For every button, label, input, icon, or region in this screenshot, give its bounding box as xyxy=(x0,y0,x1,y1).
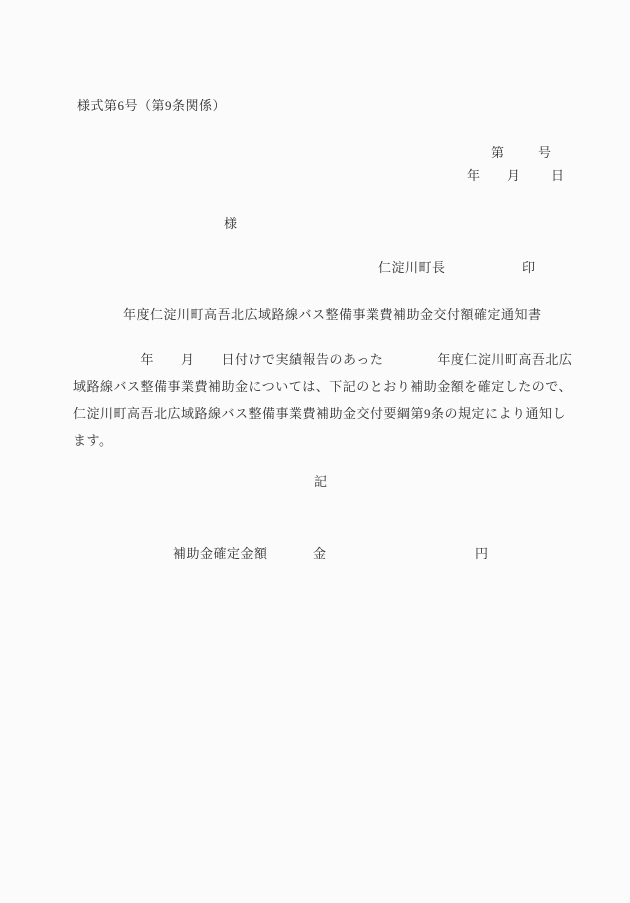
date-month-label: 月 xyxy=(507,169,521,183)
body-line: 年 月 日付けで実績報告のあった 年度仁淀川町高吾北広 xyxy=(73,353,572,367)
record-marker: 記 xyxy=(314,475,328,489)
body-line: 仁淀川町高吾北広域路線バス整備事業費補助金交付要綱第9条の規定により通知し xyxy=(73,407,566,421)
amount-label: 補助金確定金額 xyxy=(173,547,268,561)
addressee-honorific: 様 xyxy=(224,217,238,231)
amount-currency-prefix: 金 xyxy=(313,547,327,561)
form-number-label: 様式第6号（第9条関係） xyxy=(77,99,226,113)
date-day-label: 日 xyxy=(551,169,565,183)
body-line: 域路線バス整備事業費補助金については、下記のとおり補助金額を確定したので、 xyxy=(73,380,572,394)
document-page: 様式第6号（第9条関係） 第 号 年 月 日 様 仁淀川町長 印 年度仁淀川町高… xyxy=(0,0,630,903)
body-line: ます。 xyxy=(73,434,112,448)
sender-seal: 印 xyxy=(522,261,536,275)
amount-currency-suffix: 円 xyxy=(475,547,489,561)
issue-number-prefix: 第 xyxy=(491,146,505,160)
issue-number-suffix: 号 xyxy=(538,146,552,160)
document-title: 年度仁淀川町高吾北広域路線バス整備事業費補助金交付額確定通知書 xyxy=(123,308,542,322)
date-year-label: 年 xyxy=(467,169,481,183)
sender-title: 仁淀川町長 xyxy=(378,261,446,275)
